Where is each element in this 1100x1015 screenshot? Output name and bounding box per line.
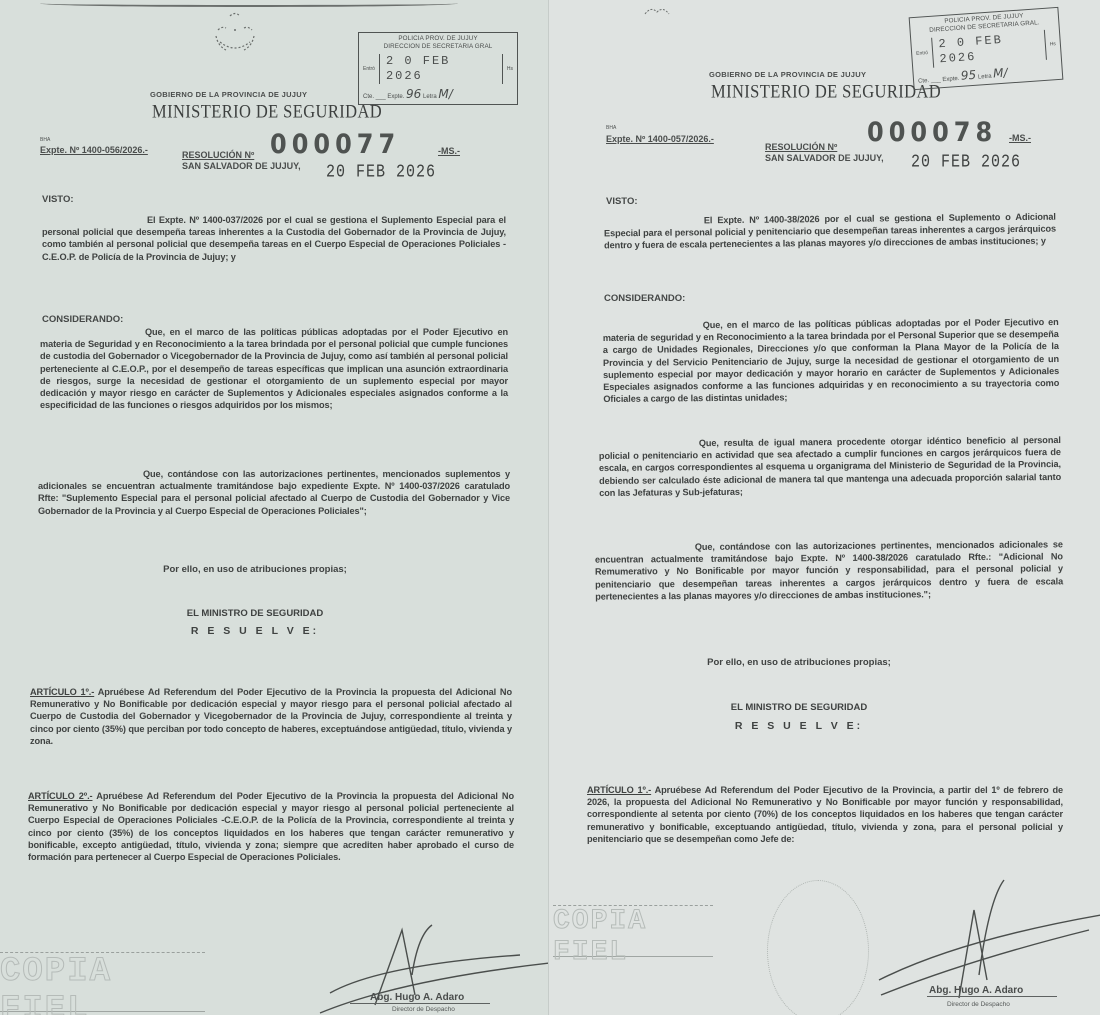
resuelve: R E S U E L V E: [140, 625, 370, 637]
government-header: GOBIERNO DE LA PROVINCIA DE JUJUY [709, 70, 866, 79]
resolution-page-000078: GOBIERNO DE LA PROVINCIA DE JUJUY MINIST… [548, 0, 1100, 1015]
visto-text: El Expte. Nº 1400-037/2026 por el cual s… [42, 214, 506, 263]
considerando-heading: CONSIDERANDO: [42, 314, 123, 325]
article-label: ARTÍCULO 1º.- [30, 687, 94, 697]
entry-stamp: POLICIA PROV. DE JUJUY DIRECCION DE SECR… [909, 7, 1064, 90]
por-ello: Por ello, en uso de atribuciones propias… [679, 657, 919, 668]
resolution-date: 20 FEB 2026 [911, 152, 1021, 172]
considerando-paragraph: Que, contándose con las autorizaciones p… [595, 538, 1063, 602]
por-ello: Por ello, en uso de atribuciones propias… [140, 564, 370, 575]
resolution-date: 20 FEB 2026 [326, 162, 436, 182]
article-2: ARTÍCULO 2º.- Apruébese Ad Referendum de… [28, 790, 514, 863]
considerando-paragraph: Que, resulta de igual manera procedente … [599, 434, 1062, 499]
signer-role: Director de Despacho [947, 1001, 1010, 1008]
stamp-date: 2 0 FEB 2026 [931, 30, 1047, 68]
visto-heading: VISTO: [42, 194, 74, 205]
considerando-heading: CONSIDERANDO: [604, 293, 685, 304]
resolution-number: 000077 [270, 129, 400, 160]
stamp-expte-number: 95 [960, 67, 976, 82]
resolution-number: 000078 [867, 117, 997, 148]
resolution-suffix: -MS.- [1009, 133, 1031, 143]
initials: BHA [606, 125, 616, 131]
stamp-expte-number: 96 [406, 87, 421, 101]
provincial-crest-icon [639, 2, 679, 22]
article-text: Apruébese Ad Referendum del Poder Ejecut… [587, 785, 1063, 844]
copia-fiel-stamp: COPIA FIEL [553, 905, 713, 957]
city: SAN SALVADOR DE JUJUY, [182, 161, 301, 171]
article-text: Apruébese Ad Referendum del Poder Ejecut… [28, 791, 514, 862]
resolution-suffix: -MS.- [438, 146, 460, 156]
considerando-paragraph: Que, en el marco de las políticas públic… [603, 316, 1060, 405]
visto-heading: VISTO: [606, 196, 638, 207]
considerando-paragraph: Que, en el marco de las políticas públic… [40, 326, 508, 411]
initials: BHA [40, 137, 50, 143]
expte-number: Expte. Nº 1400-056/2026.- [40, 145, 148, 155]
resuelve: R E S U E L V E: [679, 720, 919, 732]
resolution-label: RESOLUCIÓN Nº [765, 142, 837, 152]
minister-title: EL MINISTRO DE SEGURIDAD [140, 608, 370, 619]
city: SAN SALVADOR DE JUJUY, [765, 153, 884, 163]
resolution-page-000077: GOBIERNO DE LA PROVINCIA DE JUJUY MINIST… [0, 0, 548, 1015]
page-edge [40, 0, 458, 7]
article-label: ARTÍCULO 2º.- [28, 791, 92, 801]
government-header: GOBIERNO DE LA PROVINCIA DE JUJUY [150, 90, 307, 99]
expte-number: Expte. Nº 1400-057/2026.- [606, 134, 714, 144]
article-1: ARTÍCULO 1º.- Apruébese Ad Referendum de… [587, 784, 1063, 845]
signer-name: Abg. Hugo A. Adaro [929, 985, 1023, 996]
entry-stamp: POLICIA PROV. DE JUJUY DIRECCION DE SECR… [358, 32, 518, 105]
signature [879, 880, 1100, 1000]
copia-fiel-stamp: COPIA FIEL [0, 952, 205, 1012]
ministry-header: MINISTERIO DE SEGURIDAD [152, 100, 382, 123]
provincial-crest-icon [210, 8, 260, 56]
visto-text: El Expte. Nº 1400-38/2026 por el cual se… [604, 211, 1056, 252]
considerando-paragraph: Que, contándose con las autorizaciones p… [38, 468, 510, 517]
faded-round-seal [767, 880, 869, 1015]
stamp-date: 2 0 FEB 2026 [379, 54, 503, 84]
minister-title: EL MINISTRO DE SEGURIDAD [679, 702, 919, 713]
resolution-label: RESOLUCIÓN Nº [182, 150, 254, 160]
ministry-header: MINISTERIO DE SEGURIDAD [711, 80, 941, 103]
article-1: ARTÍCULO 1º.- Apruébese Ad Referendum de… [30, 686, 512, 747]
signer-name: Abg. Hugo A. Adaro [370, 992, 464, 1003]
article-label: ARTÍCULO 1º.- [587, 785, 651, 795]
signer-role: Director de Despacho [392, 1006, 455, 1013]
article-text: Apruébese Ad Referendum del Poder Ejecut… [30, 687, 512, 746]
